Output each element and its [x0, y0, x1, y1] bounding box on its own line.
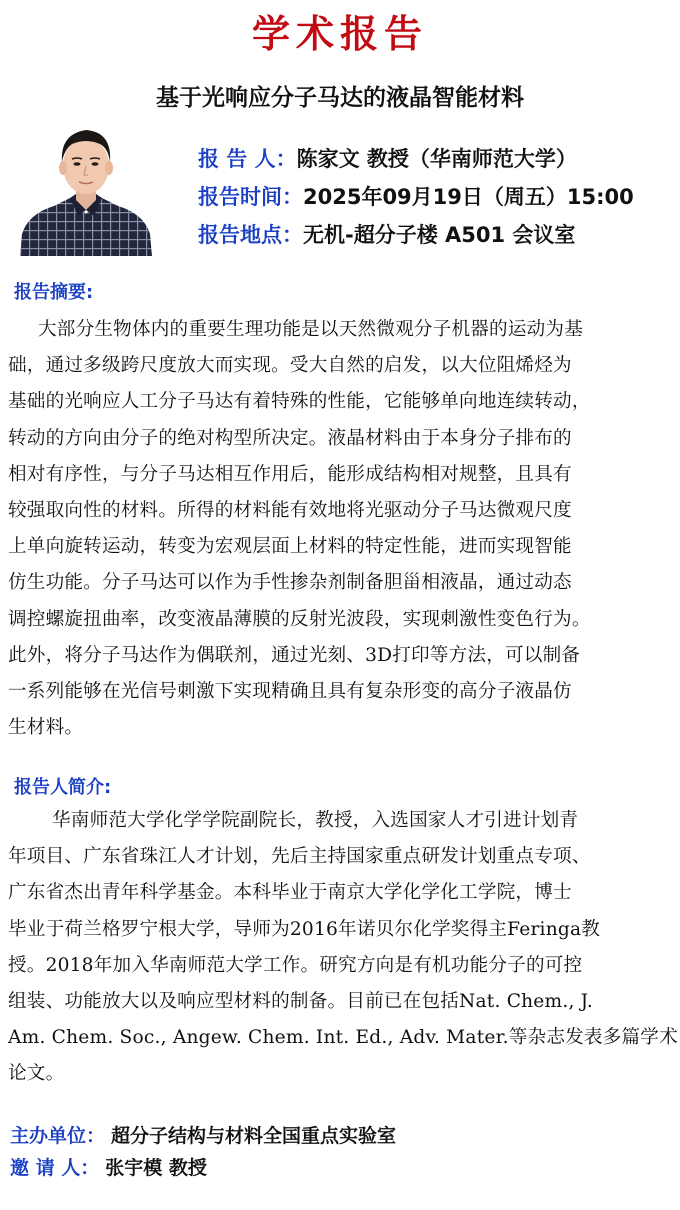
- info-row-time: 报告时间： 2025年09月19日（周五）15:00: [198, 178, 634, 216]
- inviter-value: 张宇模 教授: [105, 1152, 207, 1184]
- footer-info: 主办单位： 超分子结构与材料全国重点实验室 邀 请 人： 张宇模 教授: [10, 1120, 396, 1184]
- bio-line: 年项目、广东省珠江人才计划，先后主持国家重点研发计划重点专项、: [8, 839, 676, 875]
- footer-row-inviter: 邀 请 人： 张宇模 教授: [10, 1152, 396, 1184]
- footer-row-organizer: 主办单位： 超分子结构与材料全国重点实验室: [10, 1120, 396, 1152]
- info-row-location: 报告地点： 无机-超分子楼 A501 会议室: [198, 216, 634, 254]
- bio-body: 华南师范大学化学学院副院长，教授，入选国家人才引进计划青 年项目、广东省珠江人才…: [8, 803, 676, 1093]
- speaker-portrait: [20, 122, 152, 256]
- abstract-line: 一系列能够在光信号刺激下实现精确且具有复杂形变的高分子液晶仿: [8, 674, 676, 710]
- abstract-heading: 报告摘要:: [14, 278, 93, 304]
- abstract-line: 相对有序性，与分子马达相互作用后，能形成结构相对规整，且具有: [8, 457, 676, 493]
- bio-line: 华南师范大学化学学院副院长，教授，入选国家人才引进计划青: [8, 803, 676, 839]
- portrait-photo-icon: [20, 122, 152, 256]
- bio-heading: 报告人简介:: [14, 773, 111, 799]
- location-value: 无机-超分子楼 A501 会议室: [303, 216, 575, 254]
- speaker-info: 报 告 人： 陈家文 教授（华南师范大学） 报告时间： 2025年09月19日（…: [198, 140, 634, 254]
- time-value: 2025年09月19日（周五）15:00: [303, 178, 634, 216]
- abstract-line: 础，通过多级跨尺度放大而实现。受大自然的启发，以大位阻烯烃为: [8, 348, 676, 384]
- bio-line: 组装、功能放大以及响应型材料的制备。目前已在包括Nat. Chem., J.: [8, 984, 676, 1020]
- talk-title: 基于光响应分子马达的液晶智能材料: [0, 80, 680, 116]
- info-row-speaker: 报 告 人： 陈家文 教授（华南师范大学）: [198, 140, 634, 178]
- organizer-value: 超分子结构与材料全国重点实验室: [111, 1120, 396, 1152]
- speaker-value: 陈家文 教授（华南师范大学）: [297, 140, 577, 178]
- speaker-label: 报 告 人：: [198, 140, 297, 178]
- bio-line: 毕业于荷兰格罗宁根大学，导师为2016年诺贝尔化学奖得主Feringa教: [8, 912, 676, 948]
- abstract-line: 较强取向性的材料。所得的材料能有效地将光驱动分子马达微观尺度: [8, 493, 676, 529]
- abstract-line: 此外，将分子马达作为偶联剂，通过光刻、3D打印等方法，可以制备: [8, 638, 676, 674]
- abstract-line: 生材料。: [8, 710, 676, 746]
- bio-line: 授。2018年加入华南师范大学工作。研究方向是有机功能分子的可控: [8, 948, 676, 984]
- main-title: 学术报告: [0, 8, 680, 60]
- time-label: 报告时间：: [198, 178, 303, 216]
- inviter-label: 邀 请 人：: [10, 1152, 99, 1184]
- bio-line: Am. Chem. Soc., Angew. Chem. Int. Ed., A…: [8, 1020, 676, 1056]
- abstract-line: 仿生功能。分子马达可以作为手性掺杂剂制备胆甾相液晶，通过动态: [8, 565, 676, 601]
- abstract-line: 上单向旋转运动，转变为宏观层面上材料的特定性能，进而实现智能: [8, 529, 676, 565]
- abstract-line: 调控螺旋扭曲率，改变液晶薄膜的反射光波段，实现刺激性变色行为。: [8, 602, 676, 638]
- abstract-line: 转动的方向由分子的绝对构型所决定。液晶材料由于本身分子排布的: [8, 421, 676, 457]
- abstract-line: 基础的光响应人工分子马达有着特殊的性能，它能够单向地连续转动，: [8, 384, 676, 420]
- organizer-label: 主办单位：: [10, 1120, 105, 1152]
- bio-line: 广东省杰出青年科学基金。本科毕业于南京大学化学化工学院，博士: [8, 875, 676, 911]
- abstract-body: 大部分生物体内的重要生理功能是以天然微观分子机器的运动为基 础，通过多级跨尺度放…: [8, 312, 676, 746]
- location-label: 报告地点：: [198, 216, 303, 254]
- abstract-line: 大部分生物体内的重要生理功能是以天然微观分子机器的运动为基: [8, 312, 676, 348]
- bio-line: 论文。: [8, 1056, 676, 1092]
